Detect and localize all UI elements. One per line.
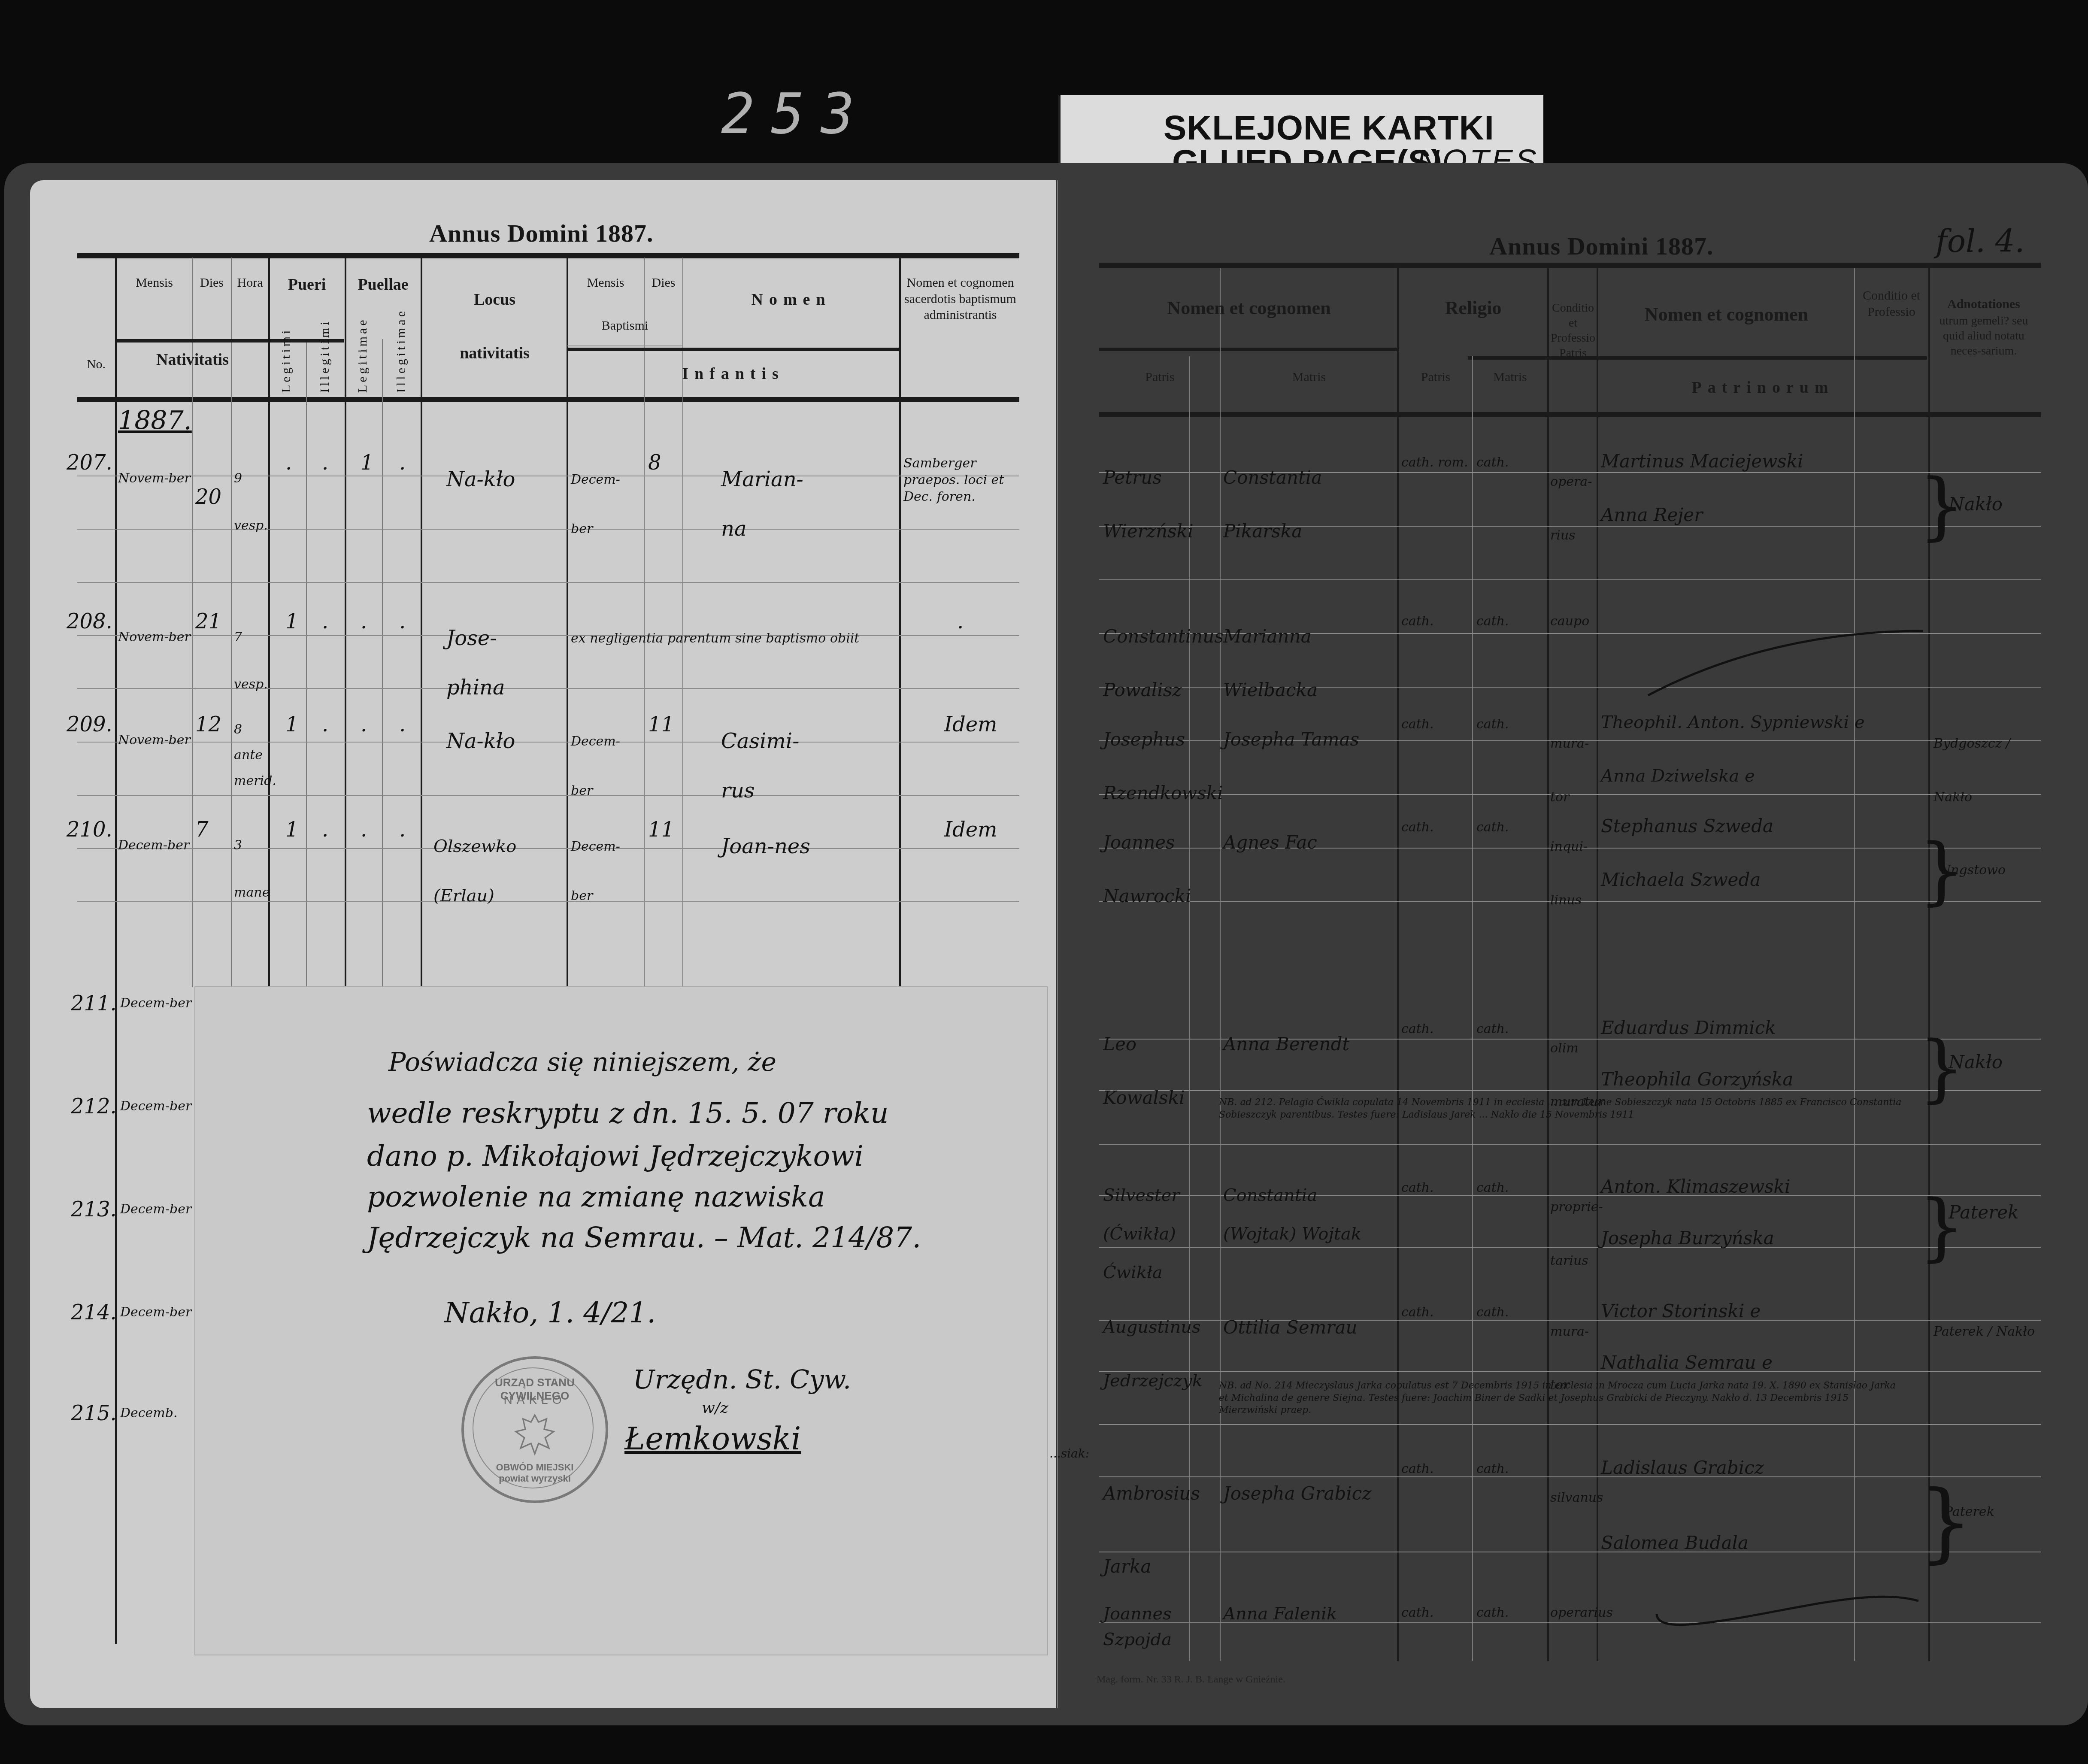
header-patrinorum: Patrinorum xyxy=(1599,378,1927,398)
annotation: Paterek xyxy=(1949,1202,2019,1223)
header-mensis: Mensis xyxy=(117,275,192,291)
row-line xyxy=(77,635,1019,636)
pueri-illegitimi: . xyxy=(322,451,328,475)
puellae-illegitimae: . xyxy=(399,609,406,633)
godparent-2: Anna Dziwelska e xyxy=(1601,766,1755,786)
father-name: Ambrosius Jarka xyxy=(1103,1457,1217,1603)
bapt-month: Decem-ber xyxy=(571,455,639,554)
marginal-note-214: NB. ad No. 214 Mieczyslaus Jarka copulat… xyxy=(1219,1380,1906,1417)
puellae-legitimae: . xyxy=(361,712,367,737)
father-name: Joannes Szpojda xyxy=(1103,1601,1217,1652)
header-bapt-mensis: Mensis xyxy=(567,275,644,291)
row-line xyxy=(77,795,1019,796)
col-line xyxy=(268,258,270,987)
col-line xyxy=(115,258,117,1644)
entry-no-211: 211. xyxy=(71,991,117,1015)
header-legitimae: Legitimae xyxy=(355,343,370,393)
subheader-rule xyxy=(567,346,683,346)
entry-month-215: Decemb. xyxy=(120,1406,178,1421)
godparent-2: Theophila Gorzyńska xyxy=(1601,1069,1793,1090)
header-baptismi: Baptismi xyxy=(567,318,682,334)
entry-no: 208. xyxy=(67,609,112,633)
header-hora: Hora xyxy=(232,275,268,291)
religion-mother: cath. xyxy=(1476,717,1509,732)
entry-no-215: 215. xyxy=(71,1401,117,1425)
header-puellae: Puellae xyxy=(345,275,421,295)
frame-number: 253 xyxy=(721,88,850,139)
entry-no-214: 214. xyxy=(71,1300,117,1325)
birth-hour: 3 mane xyxy=(234,822,268,916)
pueri-illegitimi: . xyxy=(322,609,328,633)
header-religio: Religio xyxy=(1399,296,1547,320)
col-line xyxy=(1854,268,1855,1661)
infant-name: Casimi-rus xyxy=(721,717,824,815)
pueri-legitimi: 1 xyxy=(285,609,299,633)
civil-registry-seal: URZĄD STANU CYWILNEGO NAKŁO OBWÓD MIEJSK… xyxy=(461,1356,608,1503)
mother-name: Constantia (Wojtak) Wojtak xyxy=(1223,1176,1395,1253)
birth-hour: 7 vesp. xyxy=(234,614,268,708)
locus: Jose-phina xyxy=(446,614,532,712)
brace-icon: } xyxy=(1918,1185,1965,1270)
puellae-legitimae: 1 xyxy=(361,451,374,475)
folio-number: fol. 4. xyxy=(1936,223,2025,259)
infant-name: Marian-na xyxy=(721,455,824,554)
pueri-illegitimi: . xyxy=(322,712,328,737)
marginal-note-212: NB. ad 212. Pelagia Ćwikła copulata 14 N… xyxy=(1219,1097,1906,1121)
mother-name: Agnes Fac xyxy=(1223,815,1395,869)
mother-name: Josepha Tamas xyxy=(1223,712,1395,766)
bapt-day: 8 xyxy=(648,451,661,475)
infant-name: Joan-nes xyxy=(721,822,824,871)
bapt-month: Decem-ber xyxy=(571,822,639,921)
mother-name: Marianna Wielbacka xyxy=(1223,609,1395,717)
locus: Na-kło xyxy=(446,455,532,504)
birth-day: 12 xyxy=(195,712,221,737)
puellae-illegitimae: . xyxy=(399,712,406,737)
godparent-1: Eduardus Dimmick xyxy=(1601,1017,1776,1038)
annotation: Nakło xyxy=(1949,1052,2003,1073)
puellae-illegitimae: . xyxy=(399,451,406,475)
header-bottom-rule xyxy=(77,397,1019,402)
annotation: Ungstowo xyxy=(1940,863,2006,878)
godparent-1: Martinus Maciejewski xyxy=(1601,451,1803,472)
note-line-5: Jędrzejczyk na Semrau. – Mat. 214/87. xyxy=(367,1221,921,1254)
birth-month: Novem-ber xyxy=(118,614,191,661)
seal-town-text: NAKŁO xyxy=(477,1393,593,1407)
entry-no-213: 213. xyxy=(71,1197,117,1221)
mother-name: Anna Berendt xyxy=(1223,1017,1395,1071)
father-profession: operarius xyxy=(1550,1605,1613,1620)
religion-mother: cath. xyxy=(1476,1021,1509,1037)
header-nativitatis: Nativitatis xyxy=(117,350,268,370)
religion-mother: cath. xyxy=(1476,1461,1509,1476)
header-locus: Locus xyxy=(423,290,567,310)
priest-name: Idem xyxy=(944,712,997,737)
bapt-day: 11 xyxy=(648,818,674,842)
right-page-title: Annus Domini 1887. xyxy=(1489,232,1713,261)
header-illegitimi: Illegitimi xyxy=(318,343,332,393)
header-bottom-rule xyxy=(1099,412,2041,417)
birth-hour: 9 vesp. xyxy=(234,455,268,549)
religion-father: cath. xyxy=(1401,1021,1434,1037)
header-locus-sub: nativitatis xyxy=(423,343,567,364)
religion-father: cath. xyxy=(1401,1305,1434,1320)
godparent-1: Anton. Klimaszewski xyxy=(1601,1176,1790,1197)
row-line xyxy=(1099,1552,2041,1552)
row-line xyxy=(1099,1144,2041,1145)
header-sacerdos: Nomen et cognomen sacerdotis baptismum a… xyxy=(901,275,1019,323)
header-conditio-patris: Conditio et Professio Patris xyxy=(1549,300,1597,361)
religion-mother: cath. xyxy=(1476,614,1509,629)
entry-month-212: Decem-ber xyxy=(120,1099,191,1114)
bapt-day: 11 xyxy=(648,712,674,737)
header-adnotationes: Adnotationes xyxy=(1930,296,2037,312)
birth-hour: 8 ante merid. xyxy=(234,717,268,794)
father-profession: mura-tor xyxy=(1550,717,1595,824)
seal-bottom-text: OBWÓD MIEJSKI powiat wyrzyski xyxy=(477,1462,593,1485)
father-profession: opera-rius xyxy=(1550,455,1595,562)
religion-mother: cath. xyxy=(1476,455,1509,470)
priest-name: . xyxy=(957,609,964,633)
puellae-legitimae: . xyxy=(361,609,367,633)
father-profession: silvanus xyxy=(1550,1461,1595,1534)
annotation: Nakło xyxy=(1949,494,2003,515)
bapt-month: Decem-ber xyxy=(571,717,639,815)
priest-name: Samberger praepos. loci et Dec. foren. xyxy=(903,455,1017,505)
header-legitimi: Legitimi xyxy=(279,343,294,393)
mother-name: Constantia Pikarska xyxy=(1223,451,1395,558)
religion-mother: cath. xyxy=(1476,820,1509,835)
empty-field-flourish-icon xyxy=(1652,1588,1923,1631)
col-line xyxy=(1397,266,1399,1661)
religion-mother: cath. xyxy=(1476,1605,1509,1620)
signature-proxy: w/z xyxy=(702,1399,728,1417)
father-profession: inqui-linus xyxy=(1550,820,1595,927)
entry-month-213: Decem-ber xyxy=(120,1202,191,1217)
pueri-legitimi: . xyxy=(285,451,292,475)
father-name: Constantinus Powalisz xyxy=(1103,609,1217,717)
godparent-1: Theophil. Anton. Sypniewski e xyxy=(1601,712,1865,732)
header-nomen: Nomen xyxy=(683,290,899,310)
birth-month: Decem-ber xyxy=(118,822,191,869)
subheader-rule xyxy=(567,348,899,351)
religion-father: cath. xyxy=(1401,717,1434,732)
pueri-legitimi: 1 xyxy=(285,712,299,737)
mother-name: Anna Falenik xyxy=(1223,1601,1395,1627)
locus: Na-kło xyxy=(446,717,532,766)
header-adnotationes-sub: utrum gemeli? seu quid aliud notatu nece… xyxy=(1930,313,2037,358)
header-no: No. xyxy=(77,356,115,373)
religion-father: cath. rom. xyxy=(1401,455,1468,470)
entry-no: 207. xyxy=(67,451,112,475)
header-dies: Dies xyxy=(193,275,231,291)
entry-no-212: 212. xyxy=(71,1094,117,1118)
left-page-title: Annus Domini 1887. xyxy=(429,219,653,248)
header-bapt-dies: Dies xyxy=(645,275,682,291)
note-line-1: Poświadcza się niniejszem, że xyxy=(388,1047,776,1077)
signature-name: Łemkowski xyxy=(624,1421,801,1457)
godparent-2: Michaela Szweda xyxy=(1601,869,1761,890)
col-line xyxy=(1220,268,1221,1661)
entry-month-214: Decem-ber xyxy=(120,1305,191,1320)
seal-bottom-line-1: OBWÓD MIEJSKI xyxy=(477,1462,593,1473)
birth-month: Novem-ber xyxy=(118,455,191,502)
printer-imprint: Mag. form. Nr. 33 R. J. B. Lange w Gnieź… xyxy=(1097,1674,1285,1685)
religion-father: cath. xyxy=(1401,1461,1434,1476)
locus: Olszewko (Erlau) xyxy=(433,822,562,921)
glued-correction-note: Poświadcza się niniejszem, że wedle resk… xyxy=(195,987,1047,1655)
religion-mother: cath. xyxy=(1476,1305,1509,1320)
godparent-2: Josepha Burzyńska xyxy=(1601,1228,1774,1249)
header-top-rule xyxy=(1099,263,2041,268)
col-line xyxy=(1472,356,1473,1661)
signature-title: Urzędn. St. Cyw. xyxy=(633,1365,851,1395)
religion-father: cath. xyxy=(1401,820,1434,835)
brace-icon: } xyxy=(1918,1472,1973,1572)
note-place-date: Nakło, 1. 4/21. xyxy=(444,1296,656,1329)
godparent-1: Stephanus Szweda xyxy=(1601,815,1773,837)
header-patrini-conditio: Conditio et Professio xyxy=(1855,288,1928,320)
birth-day: 20 xyxy=(195,485,221,509)
row-line xyxy=(77,476,1019,476)
year-marker: 1887. xyxy=(118,406,192,436)
father-name: Joannes Nawrocki xyxy=(1103,815,1217,923)
book-gutter xyxy=(1056,180,1058,1708)
header-nomen-cognomen: Nomen et cognomen xyxy=(1101,296,1397,320)
seal-bottom-line-2: powiat wyrzyski xyxy=(477,1473,593,1484)
header-pueri: Pueri xyxy=(269,275,345,295)
header-top-rule xyxy=(77,253,1019,258)
col-line xyxy=(1547,268,1549,1661)
row-line xyxy=(77,688,1019,689)
pueri-legitimi: 1 xyxy=(285,818,299,842)
father-name: Augustinus Jedrzejczyk xyxy=(1103,1300,1217,1408)
religion-father: cath. xyxy=(1401,614,1434,629)
col-line xyxy=(345,258,346,987)
mother-name: Ottilia Semrau xyxy=(1223,1300,1395,1354)
birth-day: 21 xyxy=(195,609,221,633)
subheader-rule xyxy=(1468,356,1927,360)
col-line xyxy=(1597,268,1598,1661)
row-line xyxy=(1099,1424,2041,1425)
row-line xyxy=(77,529,1019,530)
col-line xyxy=(382,339,383,987)
annotation: Bydgoszcz / Nakło xyxy=(1933,717,2036,824)
godparent-2: Anna Rejer xyxy=(1601,504,1703,525)
baptism-remark: ex negligentia parentum sine baptismo ob… xyxy=(571,614,871,663)
label-line-1: SKLEJONE KARTKI xyxy=(1164,108,1494,148)
annotation: Paterek xyxy=(1944,1504,1994,1519)
father-profession: proprie-tarius xyxy=(1550,1180,1595,1288)
birth-month: Novem-ber xyxy=(118,717,191,764)
col-line xyxy=(899,258,901,987)
header-infantis: Infantis xyxy=(567,364,899,385)
header-religio-patris: Patris xyxy=(1399,369,1472,385)
entry-no: 209. xyxy=(67,712,112,737)
header-patris: Patris xyxy=(1101,369,1219,385)
annotation: Paterek / Nakło xyxy=(1933,1305,2036,1358)
row-line xyxy=(77,582,1019,583)
header-patrini-nomen: Nomen et cognomen xyxy=(1599,303,1854,326)
note-line-4: pozwolenie na zmianę nazwiska xyxy=(367,1180,825,1213)
mother-name: Josepha Grabicz xyxy=(1223,1457,1395,1530)
puellae-illegitimae: . xyxy=(399,818,406,842)
row-line xyxy=(77,742,1019,743)
godparent-2: Salomea Budala xyxy=(1601,1532,1749,1553)
col-line xyxy=(306,339,307,987)
father-name: Silvester (Ćwikła) Ćwikła xyxy=(1103,1176,1217,1292)
religion-mother: cath. xyxy=(1476,1180,1509,1195)
empty-field-flourish-icon xyxy=(1644,627,1927,700)
puellae-legitimae: . xyxy=(361,818,367,842)
edge-fragment: ...siak: xyxy=(1049,1446,1089,1461)
eagle-emblem-icon xyxy=(511,1410,558,1458)
father-name: Petrus Wierzński xyxy=(1103,451,1217,558)
header-religio-matris: Matris xyxy=(1473,369,1547,385)
entry-month-211: Decem-ber xyxy=(120,996,191,1011)
religion-father: cath. xyxy=(1401,1605,1434,1620)
entry-no: 210. xyxy=(67,818,112,842)
father-name: Leo Kowalski xyxy=(1103,1017,1217,1124)
subheader-rule xyxy=(117,339,344,342)
godparent-1: Victor Storinski e xyxy=(1601,1300,1761,1321)
col-line xyxy=(421,258,422,987)
godparent-2: Nathalia Semrau e xyxy=(1601,1352,1773,1373)
subheader-rule xyxy=(1099,348,1399,351)
godparent-1: Ladislaus Grabicz xyxy=(1601,1457,1764,1478)
birth-day: 7 xyxy=(195,818,209,842)
priest-name: Idem xyxy=(944,818,997,842)
father-name: Josephus Rzendkowski xyxy=(1103,712,1217,820)
header-illegitimae: Illegitimae xyxy=(394,343,409,393)
note-line-3: dano p. Mikołajowi Jędrzejczykowi xyxy=(367,1140,864,1173)
pueri-illegitimi: . xyxy=(322,818,328,842)
note-line-2: wedle reskryptu z dn. 15. 5. 07 roku xyxy=(367,1097,889,1130)
religion-father: cath. xyxy=(1401,1180,1434,1195)
header-matris: Matris xyxy=(1221,369,1397,385)
row-line xyxy=(1099,579,2041,580)
father-profession: caupo xyxy=(1550,614,1589,629)
